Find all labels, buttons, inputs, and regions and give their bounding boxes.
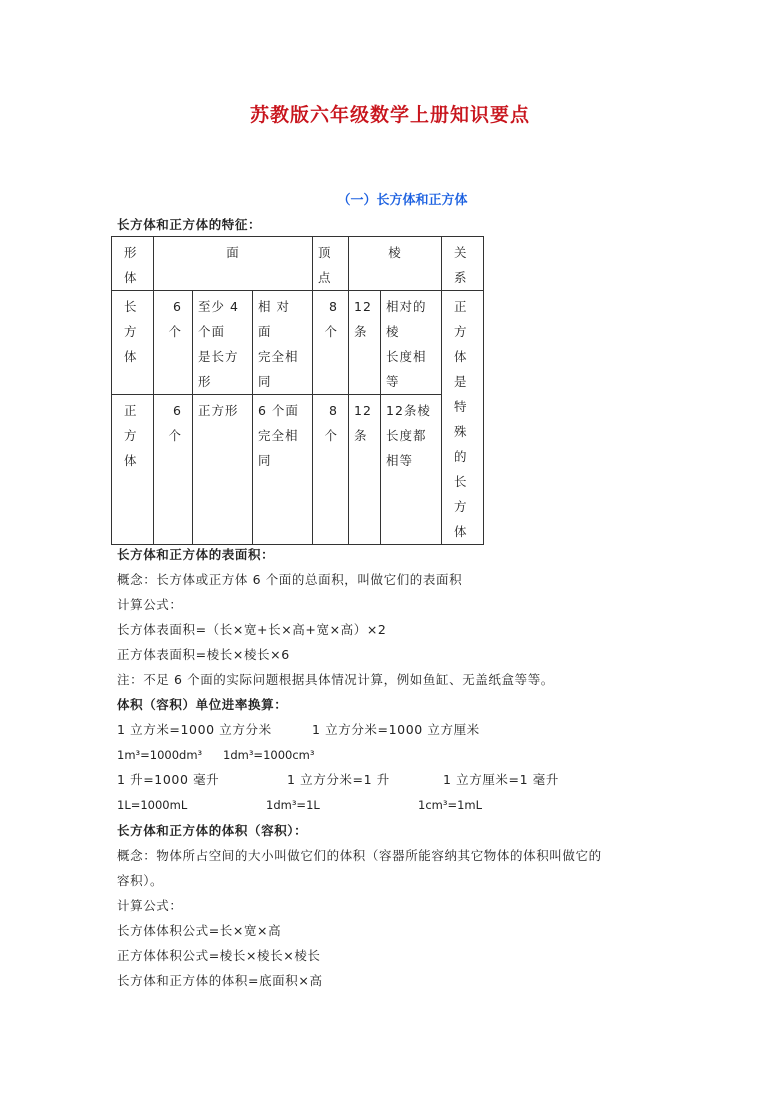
conversion-row-1a: 1 立方米=1000 立方分米 — [117, 722, 272, 738]
conversion-row-2b: 1dm³=1000cm³ — [223, 747, 314, 763]
cuboid-surface-formula: 长方体表面积=（长×宽+长×高+宽×高）×2 — [117, 622, 386, 638]
table-row-cube: 正 方 体 6 个 正方形 6 个面 完全相 同 8 个 12 条 12条棱 长… — [112, 395, 484, 545]
cell-face-count: 6 个 — [154, 291, 193, 395]
table-row-cuboid: 长 方 体 6 个 至少 4 个面 是长方 形 相 对 面 完全相 同 8 个 … — [112, 291, 484, 395]
cell-face-relation: 6 个面 完全相 同 — [253, 395, 313, 545]
cube-volume-formula: 正方体体积公式=棱长×棱长×棱长 — [117, 948, 321, 964]
features-table: 形 体 面 顶 点 棱 关 系 长 方 体 6 个 至少 4 个面 是长方 形 … — [111, 236, 484, 545]
conversion-row-4b: 1dm³=1L — [266, 797, 320, 813]
cell-shape: 长 方 体 — [112, 291, 154, 395]
cell-edge-relation: 12条棱 长度都 相等 — [381, 395, 442, 545]
header-shape: 形 体 — [112, 237, 154, 291]
surface-area-label: 长方体和正方体的表面积： — [117, 547, 274, 563]
features-label: 长方体和正方体的特征： — [117, 217, 261, 233]
cell-face-shape: 正方形 — [193, 395, 253, 545]
surface-area-concept: 概念：长方体或正方体 6 个面的总面积，叫做它们的表面积 — [117, 572, 462, 588]
conversion-row-3a: 1 升=1000 毫升 — [117, 772, 219, 788]
header-edge: 棱 — [349, 237, 442, 291]
conversion-row-3c: 1 立方厘米=1 毫升 — [443, 772, 559, 788]
unit-conversion-label: 体积（容积）单位进率换算： — [117, 697, 287, 713]
cell-face-count: 6 个 — [154, 395, 193, 545]
conversion-row-1b: 1 立方分米=1000 立方厘米 — [312, 722, 480, 738]
cube-surface-formula: 正方体表面积=棱长×棱长×6 — [117, 647, 290, 663]
cell-vertex: 8 个 — [313, 395, 349, 545]
volume-concept-line1: 概念：物体所占空间的大小叫做它们的体积（容器所能容纳其它物体的体积叫做它的 — [117, 848, 602, 864]
cuboid-volume-formula: 长方体体积公式=长×宽×高 — [117, 923, 281, 939]
header-vertex: 顶 点 — [313, 237, 349, 291]
conversion-row-4c: 1cm³=1mL — [418, 797, 482, 813]
section-heading: （一）长方体和正方体 — [0, 189, 780, 208]
document-title: 苏教版六年级数学上册知识要点 — [0, 100, 780, 127]
table-header-row: 形 体 面 顶 点 棱 关 系 — [112, 237, 484, 291]
volume-concept-line2: 容积）。 — [117, 873, 163, 889]
general-volume-formula: 长方体和正方体的体积=底面积×高 — [117, 973, 323, 989]
cell-relation: 正 方 体 是 特 殊 的 长 方 体 — [442, 291, 484, 545]
cell-face-relation: 相 对 面 完全相 同 — [253, 291, 313, 395]
conversion-row-4a: 1L=1000mL — [117, 797, 187, 813]
conversion-row-3b: 1 立方分米=1 升 — [287, 772, 390, 788]
volume-label: 长方体和正方体的体积（容积）： — [117, 823, 307, 839]
volume-formula-label: 计算公式： — [117, 898, 183, 914]
cell-edge-count: 12 条 — [349, 291, 381, 395]
cell-shape: 正 方 体 — [112, 395, 154, 545]
cell-vertex: 8 个 — [313, 291, 349, 395]
header-face: 面 — [154, 237, 313, 291]
conversion-row-2a: 1m³=1000dm³ — [117, 747, 202, 763]
header-relation: 关 系 — [442, 237, 484, 291]
surface-area-note: 注：不足 6 个面的实际问题根据具体情况计算，例如鱼缸、无盖纸盒等等。 — [117, 672, 554, 688]
surface-area-formula-label: 计算公式： — [117, 597, 183, 613]
cell-face-shape: 至少 4 个面 是长方 形 — [193, 291, 253, 395]
cell-edge-count: 12 条 — [349, 395, 381, 545]
cell-edge-relation: 相对的 棱 长度相 等 — [381, 291, 442, 395]
